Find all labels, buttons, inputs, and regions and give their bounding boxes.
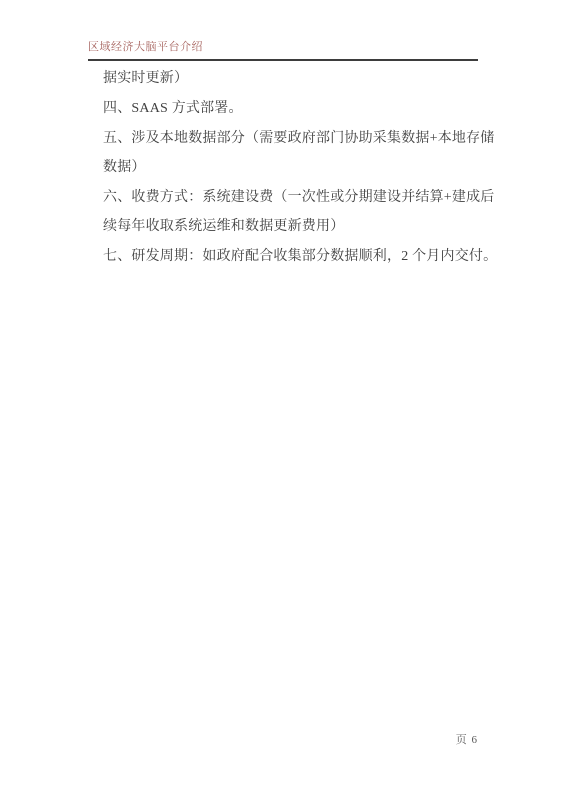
paragraph-line: 数据） [103, 153, 513, 182]
paragraph-line: 七、研发周期：如政府配合收集部分数据顺利，2 个月内交付。 [103, 242, 513, 271]
page-number: 页 6 [456, 734, 478, 746]
paragraph-item-4: 四、SAAS 方式部署。 [103, 94, 513, 123]
header-title: 区域经济大脑平台介绍 [88, 41, 478, 54]
paragraph-line: 四、SAAS 方式部署。 [103, 94, 513, 123]
paragraph-continuation: 据实时更新） [103, 64, 513, 93]
paragraph-line: 五、涉及本地数据部分（需要政府部门协助采集数据+本地存储 [103, 124, 513, 153]
document-footer: 页 6 [456, 733, 478, 747]
document-body: 据实时更新） 四、SAAS 方式部署。 五、涉及本地数据部分（需要政府部门协助采… [103, 64, 513, 272]
paragraph-item-6: 六、收费方式：系统建设费（一次性或分期建设并结算+建成后 续每年收取系统运维和数… [103, 183, 513, 241]
paragraph-line: 续每年收取系统运维和数据更新费用） [103, 212, 513, 241]
paragraph-item-7: 七、研发周期：如政府配合收集部分数据顺利，2 个月内交付。 [103, 242, 513, 271]
document-header: 区域经济大脑平台介绍 [88, 41, 478, 61]
paragraph-line: 六、收费方式：系统建设费（一次性或分期建设并结算+建成后 [103, 183, 513, 212]
document-page: 区域经济大脑平台介绍 据实时更新） 四、SAAS 方式部署。 五、涉及本地数据部… [0, 0, 566, 800]
paragraph-line: 据实时更新） [103, 64, 513, 93]
paragraph-item-5: 五、涉及本地数据部分（需要政府部门协助采集数据+本地存储 数据） [103, 124, 513, 182]
